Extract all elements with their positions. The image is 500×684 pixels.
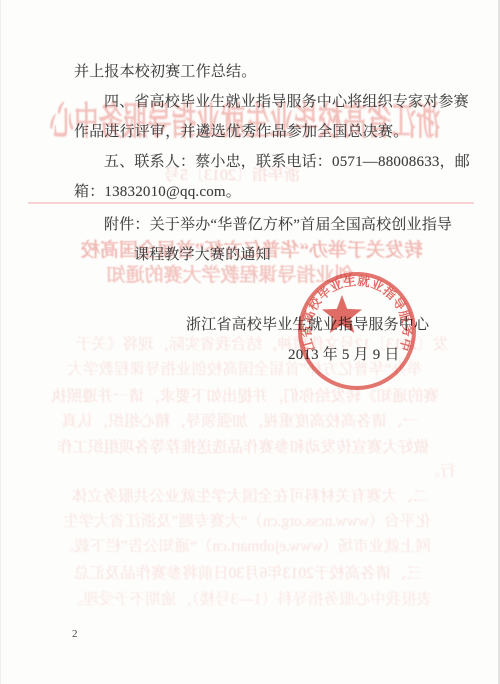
bleedthrough-body-line: 行。 <box>424 459 455 481</box>
star-icon <box>322 295 362 333</box>
official-seal: 浙江省高校毕业生就业指导服务中心 <box>294 270 424 396</box>
attachment-line: 附件：关于举办“华普亿方杯”首届全国高校创业指导 <box>104 213 452 234</box>
attachment-line: 课程教学大赛的通知 <box>134 243 271 264</box>
bleedthrough-body-line: 二、大赛有关材料可在全国大学生就业公共服务立体 <box>72 484 429 506</box>
bleedthrough-rule-line <box>28 202 474 204</box>
page-number: 2 <box>72 628 78 640</box>
scan-edge <box>0 0 1 684</box>
body-line: 箱：13832010@qq.com。 <box>74 180 241 201</box>
bleedthrough-body-line: 三、请各高校于2013年6月30日前将参赛作品及汇总 <box>74 561 423 583</box>
scanned-document-page: { "page": { "number": "2", "paper_color"… <box>0 0 500 684</box>
body-line: 并上报本校初赛工作总结。 <box>74 60 256 81</box>
body-line: 五、联系人：蔡小忠，联系电话：0571—88008633，邮 <box>104 150 470 171</box>
bleedthrough-body-line: 网上就业市场（www.ejobmart.cn）“通知公告”栏下载。 <box>59 534 431 556</box>
bleedthrough-body-line: 一、请各高校高度重视，加强领导，精心组织，认真 <box>62 409 419 431</box>
bleedthrough-body-line: 表报我中心服务指导科（1—3号楼），逾期不予受理。 <box>68 587 432 609</box>
body-line: 作品进行评审，并遴选优秀作品参加全国总决赛。 <box>74 120 408 141</box>
body-line: 四、省高校毕业生就业指导服务中心将组织专家对参赛 <box>104 90 469 111</box>
bleedthrough-body-line: 做好大赛宣传发动和参赛作品选送推荐等各项组织工作 <box>57 435 429 457</box>
bleedthrough-body-line: 化平台（www.ncss.org.cn）“大赛专题”及浙江省大学生 <box>63 509 431 531</box>
